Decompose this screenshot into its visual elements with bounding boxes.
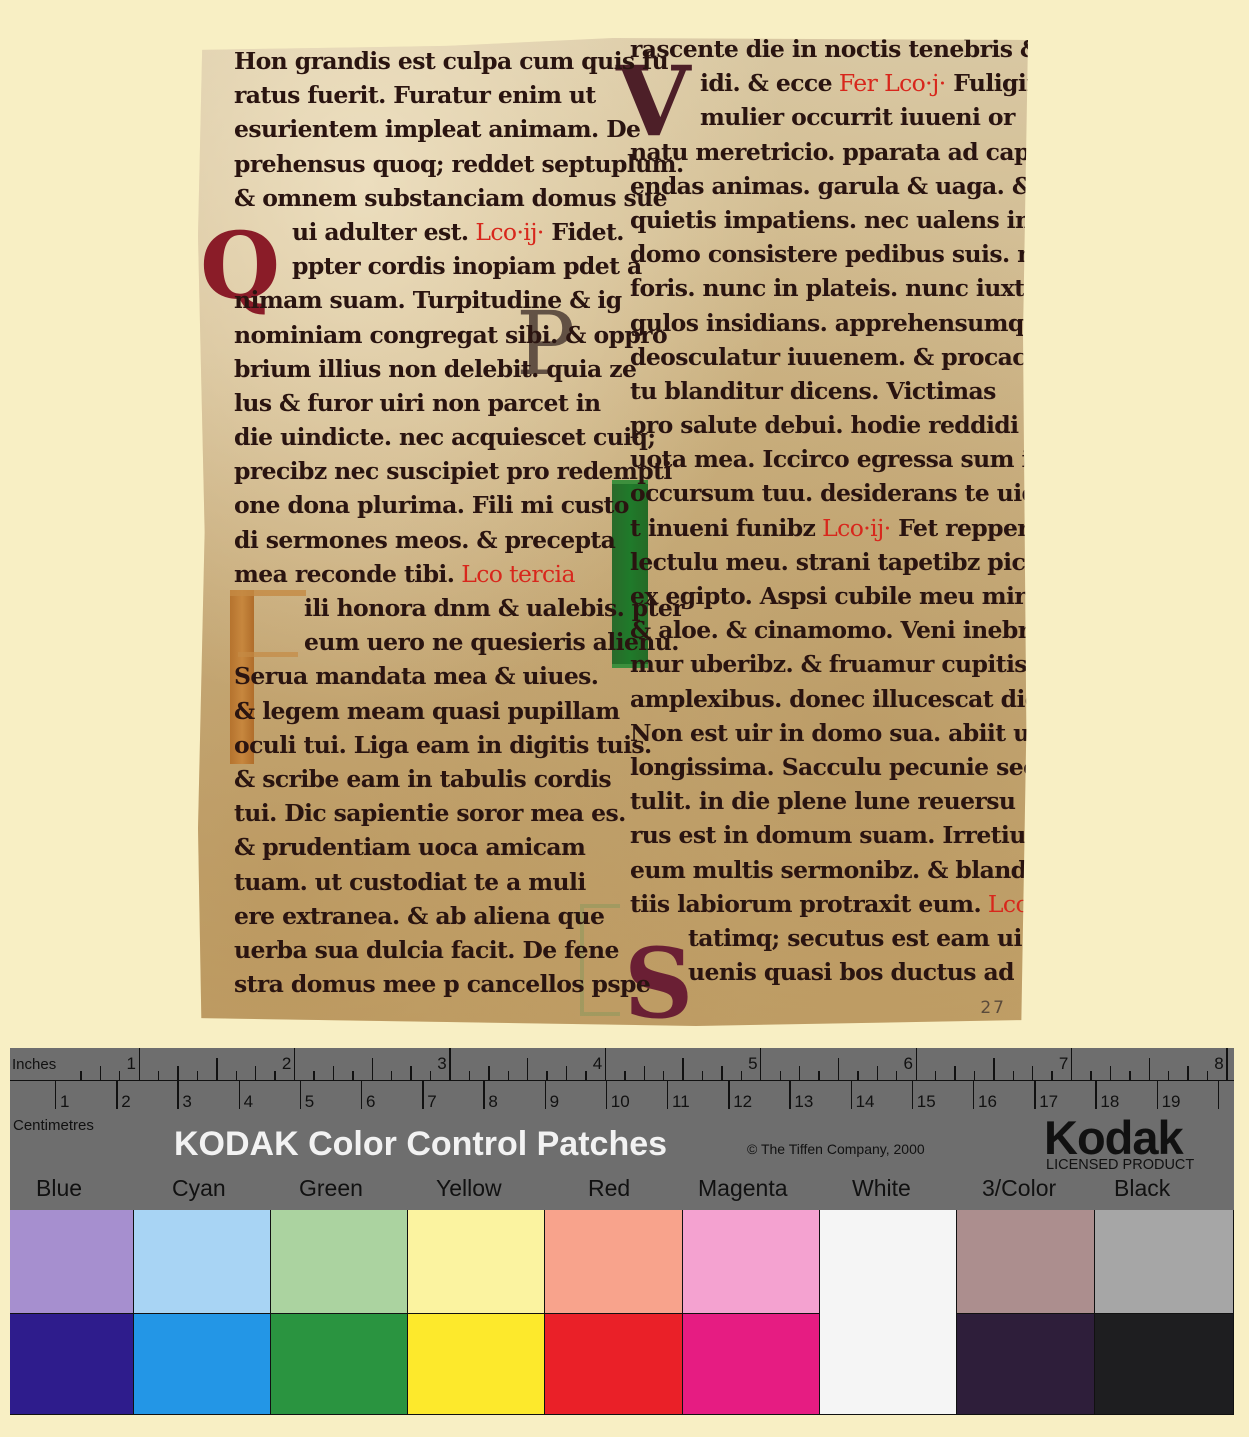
patch-dark-cyan (134, 1314, 271, 1415)
text-line-body: gulos insidians. apprehensumq; (630, 309, 1032, 337)
cm-number: 8 (488, 1092, 497, 1112)
text-line: foris. nunc in plateis. nunc iuxta an (630, 271, 1025, 305)
text-line-body: tiis labiorum protraxit eum. (630, 890, 981, 918)
cm-tick (789, 1081, 790, 1109)
text-line-body: occursum tuu. desiderans te uidere (630, 479, 1078, 507)
text-line-body: die uindicte. nec acquiescet cuiq; (234, 423, 655, 451)
patch-label-yellow: Yellow (436, 1175, 502, 1202)
text-line-body: lus & furor uiri non parcet in (234, 389, 601, 417)
chart-title: KODAK Color Control Patches (174, 1125, 667, 1164)
cm-number: 19 (1162, 1092, 1181, 1112)
cm-number: 2 (121, 1092, 130, 1112)
text-line: occursum tuu. desiderans te uidere (630, 476, 1025, 510)
text-line-body: idi. & ecce (700, 69, 832, 97)
text-line: longissima. Sacculu pecunie sec (630, 750, 1025, 784)
text-line: mur uberibz. & fruamur cupitis (630, 647, 1025, 681)
text-line: prehensus quoq; reddet septuplum. (234, 147, 614, 181)
patch-light-green (271, 1210, 408, 1314)
inch-minor-tick (1013, 1071, 1014, 1080)
inch-minor-tick (119, 1071, 120, 1080)
inch-minor-tick (993, 1058, 994, 1080)
rubric-lection: Fer Lco·j· (832, 69, 946, 97)
text-line: domo consistere pedibus suis. nunc (630, 237, 1025, 271)
inch-minor-tick (177, 1066, 178, 1080)
centimetres-label: Centimetres (13, 1117, 94, 1134)
text-line: one dona plurima. Fili mi custo (234, 488, 614, 522)
patch-label-magenta: Magenta (698, 1175, 788, 1202)
patch-label-blue: Blue (36, 1175, 82, 1202)
inch-minor-tick (410, 1066, 411, 1080)
inch-minor-tick (838, 1058, 839, 1080)
inch-number: 8 (1214, 1054, 1223, 1074)
text-line: idi. & ecce Fer Lco·j· Fuligine. (630, 66, 1025, 100)
text-line: tu blanditur dicens. Victimas (630, 374, 1025, 408)
inch-minor-tick (352, 1071, 353, 1080)
text-line: nominiam congregat sibi. & oppro (234, 318, 614, 352)
inches-label: Inches (12, 1056, 56, 1073)
text-line-body: uerba sua dulcia facit. De fene (234, 936, 619, 964)
inch-minor-tick (877, 1066, 878, 1080)
patch-label-white: White (852, 1175, 911, 1202)
inch-minor-tick (741, 1071, 742, 1080)
text-line-body: Hon grandis est culpa cum quis fu (234, 47, 668, 75)
text-line: eum uero ne quesieris alienu. (234, 625, 614, 659)
cm-tick (1095, 1081, 1096, 1109)
text-line: & aloe. & cinamomo. Veni inebrie (630, 613, 1025, 647)
text-line-body: natu meretricio. pparata ad capi (630, 138, 1038, 166)
patch-dark-blue (10, 1314, 134, 1415)
text-line-body: mea reconde tibi. (234, 560, 454, 588)
text-line-body: tatimq; secutus est eam ui (688, 924, 1022, 952)
text-line: & scribe eam in tabulis cordis (234, 762, 614, 796)
text-line: & prudentiam uoca amicam (234, 830, 614, 864)
text-line: rascente die in noctis tenebris & ca (630, 32, 1025, 66)
cm-tick (1218, 1081, 1219, 1109)
inch-minor-tick (216, 1058, 217, 1080)
cm-tick (422, 1081, 423, 1109)
cm-tick (545, 1081, 546, 1109)
text-line-body: ratus fuerit. Furatur enim ut (234, 81, 596, 109)
text-line-body: & prudentiam uoca amicam (234, 833, 585, 861)
cm-number: 17 (1039, 1092, 1058, 1112)
cm-number: 1 (60, 1092, 69, 1112)
inch-minor-tick (896, 1071, 897, 1080)
text-line-body: eum uero ne quesieris alienu. (304, 628, 679, 656)
cm-tick (1157, 1081, 1158, 1109)
inch-minor-tick (527, 1058, 528, 1080)
rubric-lection: Lco tercia (454, 560, 575, 588)
text-line: eum multis sermonibz. & blandi (630, 853, 1025, 887)
text-line: ere extranea. & ab aliena que (234, 899, 614, 933)
text-line-body: nimam suam. Turpitudine & ig (234, 286, 622, 314)
inch-minor-tick (546, 1071, 547, 1080)
text-line: ui adulter est. Lco·ij· Fidet. (234, 215, 614, 249)
text-column-left: Hon grandis est culpa cum quis furatus f… (234, 44, 614, 1001)
kodak-color-control-strip: Inches Centimetres 123456781234567891011… (10, 1048, 1234, 1415)
text-line: tui. Dic sapientie soror mea es. (234, 796, 614, 830)
cm-number: 18 (1100, 1092, 1119, 1112)
inch-number: 5 (748, 1054, 757, 1074)
text-line-body: ui adulter est. (292, 218, 468, 246)
text-line-body: & scribe eam in tabulis cordis (234, 765, 611, 793)
text-line: lus & furor uiri non parcet in (234, 386, 614, 420)
text-line-body: stra domus mee p cancellos pspe (234, 970, 650, 998)
text-line-body: t inueni funibz (630, 514, 815, 542)
inch-minor-tick (857, 1071, 858, 1080)
text-line-body: esurientem impleat animam. De (234, 115, 640, 143)
text-line-body: brium illius non delebit. quia ze (234, 355, 636, 383)
inch-minor-tick (488, 1066, 489, 1080)
text-line-body: tu blanditur dicens. Victimas (630, 377, 996, 405)
text-line-body: nominiam congregat sibi. & oppro (234, 321, 667, 349)
text-line: uota mea. Iccirco egressa sum in (630, 442, 1025, 476)
inch-number: 4 (593, 1054, 602, 1074)
text-line-body: tuam. ut custodiat te a muli (234, 868, 586, 896)
cm-number: 16 (978, 1092, 997, 1112)
copyright-notice: © The Tiffen Company, 2000 (747, 1141, 925, 1157)
text-line: Hon grandis est culpa cum quis fu (234, 44, 614, 78)
color-patches (10, 1210, 1234, 1415)
inch-number: 3 (437, 1054, 446, 1074)
text-line-body: ppter cordis inopiam pdet a (292, 252, 642, 280)
inch-major-tick (605, 1048, 606, 1080)
cm-number: 4 (244, 1092, 253, 1112)
inch-minor-tick (508, 1071, 509, 1080)
manuscript-leaf: Q P V S Hon grandis est culpa cum quis f… (198, 38, 1028, 1026)
inch-minor-tick (585, 1071, 586, 1080)
licensed-product-label: LICENSED PRODUCT (1046, 1157, 1194, 1173)
patch-dark-black (1095, 1314, 1234, 1415)
cm-number: 13 (794, 1092, 813, 1112)
text-line-body: di sermones meos. & precepta (234, 526, 615, 554)
text-line: & legem meam quasi pupillam (234, 694, 614, 728)
cm-tick (361, 1081, 362, 1109)
cm-number: 14 (856, 1092, 875, 1112)
text-line-body: mur uberibz. & fruamur cupitis (630, 650, 1027, 678)
inch-minor-tick (1090, 1071, 1091, 1080)
patch-dark-magenta (683, 1314, 820, 1415)
cm-tick (606, 1081, 607, 1109)
patch-light-magenta (683, 1210, 820, 1314)
inch-minor-tick (1168, 1071, 1169, 1080)
text-line: natu meretricio. pparata ad capi (630, 135, 1025, 169)
text-line: ili honora dnm & ualebis. pter (234, 591, 614, 625)
text-line: quietis impatiens. nec ualens in (630, 203, 1025, 237)
patch-label-3-color: 3/Color (982, 1175, 1056, 1202)
patch-white (820, 1210, 957, 1415)
inch-major-tick (916, 1048, 917, 1080)
inch-minor-tick (1110, 1066, 1111, 1080)
cm-tick (239, 1081, 240, 1109)
text-line-body: domo consistere pedibus suis. nunc (630, 240, 1080, 268)
cm-tick (912, 1081, 913, 1109)
inch-minor-tick (818, 1071, 819, 1080)
text-line: ex egipto. Aspsi cubile meu mirra (630, 579, 1025, 613)
inch-number: 2 (282, 1054, 291, 1074)
patch-label-red: Red (588, 1175, 630, 1202)
inch-major-tick (1226, 1048, 1227, 1080)
inch-number: 1 (127, 1054, 136, 1074)
inch-minor-tick (1129, 1071, 1130, 1080)
text-line-body: uenis quasi bos ductus ad (688, 958, 1014, 986)
text-line-body: deosculatur iuuenem. & procaci uul (630, 343, 1083, 371)
patch-dark-red (545, 1314, 683, 1415)
text-line-body: amplexibus. donec illucescat dies. (630, 685, 1059, 713)
inch-minor-tick (1032, 1066, 1033, 1080)
patch-dark-3-color (957, 1314, 1095, 1415)
inch-minor-tick (974, 1071, 975, 1080)
cm-tick (851, 1081, 852, 1109)
patch-light-red (545, 1210, 683, 1314)
cm-tick (55, 1081, 56, 1109)
cm-tick (300, 1081, 301, 1109)
text-line: tatimq; secutus est eam ui (630, 921, 1025, 955)
text-line: amplexibus. donec illucescat dies. (630, 682, 1025, 716)
inch-minor-tick (935, 1071, 936, 1080)
patch-labels: BlueCyanGreenYellowRedMagentaWhite3/Colo… (10, 1175, 1234, 1207)
text-line: Serua mandata mea & uiues. (234, 659, 614, 693)
text-line-body: foris. nunc in plateis. nunc iuxta an (630, 274, 1078, 302)
text-line-body: & legem meam quasi pupillam (234, 697, 620, 725)
text-line: deosculatur iuuenem. & procaci uul (630, 340, 1025, 374)
patch-dark-green (271, 1314, 408, 1415)
text-line-body: uota mea. Iccirco egressa sum in (630, 445, 1046, 473)
patch-dark-yellow (408, 1314, 545, 1415)
inch-minor-tick (391, 1071, 392, 1080)
text-line: lectulu meu. strani tapetibz pictis (630, 545, 1025, 579)
text-line: mulier occurrit iuueni or (630, 100, 1025, 134)
cm-tick (728, 1081, 729, 1109)
inch-minor-tick (197, 1071, 198, 1080)
inch-minor-tick (255, 1066, 256, 1080)
text-line: die uindicte. nec acquiescet cuiq; (234, 420, 614, 454)
cm-number: 5 (305, 1092, 314, 1112)
inch-number: 6 (904, 1054, 913, 1074)
rubric-lection: Lco·ij· (815, 514, 890, 542)
rubric-lection: Lco iiij. (981, 890, 1070, 918)
inch-minor-tick (721, 1066, 722, 1080)
patch-label-black: Black (1114, 1175, 1170, 1202)
text-line: mea reconde tibi. Lco tercia (234, 557, 614, 591)
text-line-body: mulier occurrit iuueni or (700, 103, 1015, 131)
cm-number: 15 (917, 1092, 936, 1112)
text-line-body: ex egipto. Aspsi cubile meu mirra (630, 582, 1052, 610)
cm-number: 7 (427, 1092, 436, 1112)
cm-number: 12 (733, 1092, 752, 1112)
text-line-body: & omnem substanciam domus sue (234, 184, 667, 212)
inch-minor-tick (1149, 1058, 1150, 1080)
text-line: endas animas. garula & uaga. & (630, 169, 1025, 203)
cm-tick (116, 1081, 117, 1109)
inch-major-tick (1071, 1048, 1072, 1080)
inch-minor-tick (644, 1066, 645, 1080)
text-line: ratus fuerit. Furatur enim ut (234, 78, 614, 112)
inch-minor-tick (158, 1071, 159, 1080)
text-line: oculi tui. Liga eam in digitis tuis. (234, 728, 614, 762)
text-line: tuam. ut custodiat te a muli (234, 865, 614, 899)
patch-label-green: Green (299, 1175, 363, 1202)
text-line-body: pro salute debui. hodie reddidi (630, 411, 1018, 439)
text-line-body: ili honora dnm & ualebis. pter (304, 594, 684, 622)
text-line: esurientem impleat animam. De (234, 112, 614, 146)
text-line: uerba sua dulcia facit. De fene (234, 933, 614, 967)
patch-light-cyan (134, 1210, 271, 1314)
text-line-body: tui. Dic sapientie soror mea es. (234, 799, 626, 827)
text-line-body: one dona plurima. Fili mi custo (234, 491, 629, 519)
patch-light-3-color (957, 1210, 1095, 1314)
text-line-tail: Fet repperi (891, 514, 1038, 542)
cm-tick (177, 1081, 178, 1109)
text-line: gulos insidians. apprehensumq; (630, 306, 1025, 340)
inch-major-tick (449, 1048, 450, 1080)
patch-light-black (1095, 1210, 1234, 1314)
inch-minor-tick (624, 1071, 625, 1080)
cm-number: 9 (550, 1092, 559, 1112)
text-line: tiis labiorum protraxit eum. Lco iiij. (630, 887, 1025, 921)
text-line: brium illius non delebit. quia ze (234, 352, 614, 386)
text-column-right: rascente die in noctis tenebris & caidi.… (630, 32, 1025, 989)
text-line-body: quietis impatiens. nec ualens in (630, 206, 1031, 234)
inch-minor-tick (100, 1066, 101, 1080)
inch-minor-tick (274, 1071, 275, 1080)
text-line: pro salute debui. hodie reddidi (630, 408, 1025, 442)
inch-minor-tick (469, 1071, 470, 1080)
text-line: t inueni funibz Lco·ij· Fet repperi (630, 511, 1025, 545)
patch-label-cyan: Cyan (172, 1175, 226, 1202)
text-line-body: Non est uir in domo sua. abiit uia (630, 719, 1053, 747)
inch-number: 7 (1059, 1054, 1068, 1074)
ruler-baseline (10, 1080, 1234, 1081)
text-line-body: eum multis sermonibz. & blandi (630, 856, 1035, 884)
text-line: ppter cordis inopiam pdet a (234, 249, 614, 283)
cm-number: 11 (672, 1092, 690, 1112)
text-line-tail: Fidet. (544, 218, 624, 246)
text-line-body: ere extranea. & ab aliena que (234, 902, 604, 930)
inch-major-tick (294, 1048, 295, 1080)
cm-tick (667, 1081, 668, 1109)
inch-minor-tick (372, 1058, 373, 1080)
inch-major-tick (760, 1048, 761, 1080)
inch-minor-tick (1207, 1071, 1208, 1080)
inch-minor-tick (80, 1071, 81, 1080)
text-line-body: endas animas. garula & uaga. & (630, 172, 1032, 200)
inch-minor-tick (1187, 1066, 1188, 1080)
text-line: rus est in domum suam. Irretiuit (630, 818, 1025, 852)
cm-number: 6 (366, 1092, 375, 1112)
inch-minor-tick (682, 1058, 683, 1080)
text-line-body: prehensus quoq; reddet septuplum. (234, 150, 684, 178)
text-line: precibz nec suscipiet pro redempti (234, 454, 614, 488)
text-line-body: rascente die in noctis tenebris & ca (630, 35, 1076, 63)
text-line: nimam suam. Turpitudine & ig (234, 283, 614, 317)
text-line-body: lectulu meu. strani tapetibz pictis (630, 548, 1056, 576)
inch-minor-tick (954, 1066, 955, 1080)
text-line: & omnem substanciam domus sue (234, 181, 614, 215)
inch-minor-tick (702, 1071, 703, 1080)
text-line: tulit. in die plene lune reuersu (630, 784, 1025, 818)
rubric-lection: Lco·ij· (468, 218, 543, 246)
text-line: di sermones meos. & precepta (234, 523, 614, 557)
patch-light-blue (10, 1210, 134, 1314)
cm-tick (973, 1081, 974, 1109)
text-line-body: tulit. in die plene lune reuersu (630, 787, 1015, 815)
text-line-body: oculi tui. Liga eam in digitis tuis. (234, 731, 652, 759)
text-line: stra domus mee p cancellos pspe (234, 967, 614, 1001)
text-line: Non est uir in domo sua. abiit uia (630, 716, 1025, 750)
inch-minor-tick (313, 1071, 314, 1080)
inch-minor-tick (430, 1071, 431, 1080)
text-line-body: Serua mandata mea & uiues. (234, 662, 598, 690)
inch-minor-tick (1051, 1071, 1052, 1080)
inch-minor-tick (566, 1066, 567, 1080)
inch-minor-tick (780, 1071, 781, 1080)
text-line-body: & aloe. & cinamomo. Veni inebrie (630, 616, 1052, 644)
text-line-body: rus est in domum suam. Irretiuit (630, 821, 1044, 849)
text-line-body: precibz nec suscipiet pro redempti (234, 457, 672, 485)
inch-minor-tick (236, 1071, 237, 1080)
inch-minor-tick (799, 1066, 800, 1080)
text-line-tail: Fuligine. (946, 69, 1065, 97)
cm-number: 3 (182, 1092, 191, 1112)
cm-tick (1034, 1081, 1035, 1109)
patch-light-yellow (408, 1210, 545, 1314)
cm-tick (483, 1081, 484, 1109)
inch-minor-tick (333, 1066, 334, 1080)
text-line-body: longissima. Sacculu pecunie sec (630, 753, 1037, 781)
inch-major-tick (139, 1048, 140, 1080)
inch-minor-tick (663, 1071, 664, 1080)
folio-number: 27 (980, 998, 1006, 1018)
text-line: uenis quasi bos ductus ad (630, 955, 1025, 989)
cm-number: 10 (611, 1092, 630, 1112)
